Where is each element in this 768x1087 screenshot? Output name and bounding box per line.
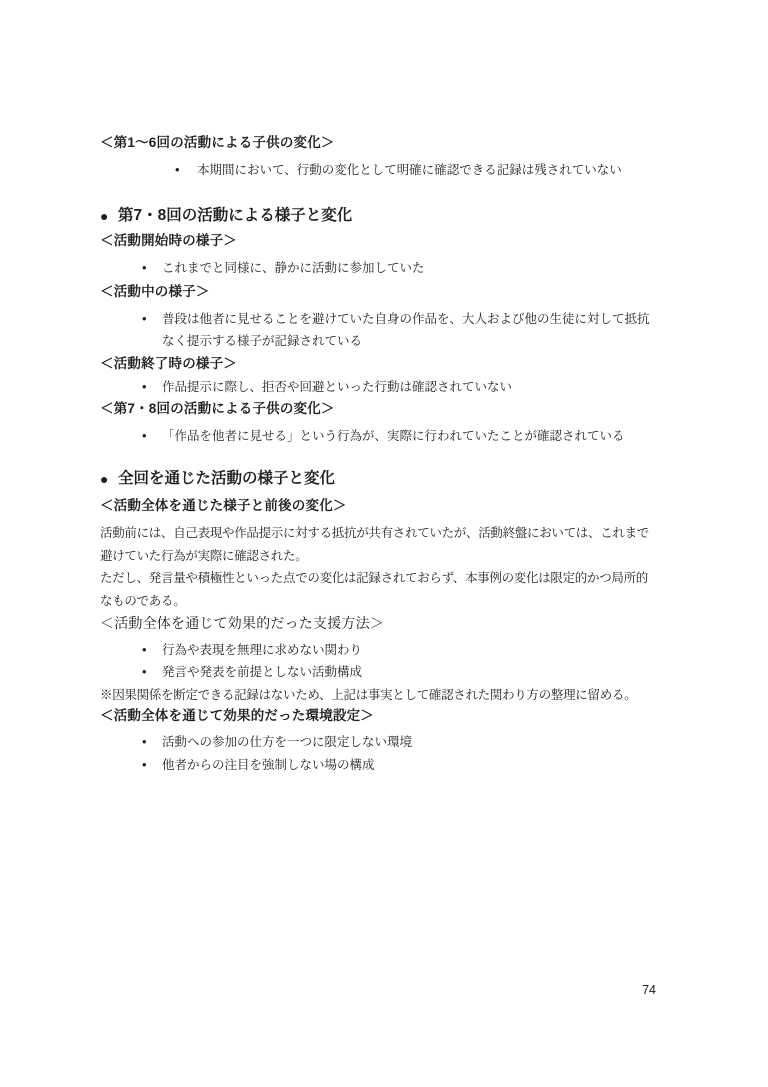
list-item-text: 行為や表現を無理に求めない関わり: [162, 639, 658, 661]
list-item: • 活動への参加の仕方を一つに限定しない環境: [100, 731, 658, 753]
document-content: ＜第1～6回の活動による子供の変化＞ • 本期間において、行動の変化として明確に…: [0, 0, 768, 776]
list-item: • 普段は他者に見せることを避けていた自身の作品を、大人および他の生徒に対して抵…: [100, 308, 658, 353]
list-item-text: 作品提示に際し、拒否や回避といった行動は確認されていない: [162, 376, 658, 398]
list-item: • これまでと同様に、静かに活動に参加していた: [100, 257, 658, 279]
list-item: • 行為や表現を無理に求めない関わり: [100, 639, 658, 661]
paragraph: 活動前には、自己表現や作品提示に対する抵抗が共有されていたが、活動終盤においては…: [100, 522, 658, 567]
heading-activity-end: ＜活動終了時の様子＞: [100, 354, 658, 374]
section-heading-rounds-7-8: ● 第7・8回の活動による様子と変化: [100, 205, 658, 227]
list-item-text: これまでと同様に、静かに活動に参加していた: [162, 257, 658, 279]
heading-change-rounds-7-8: ＜第7・8回の活動による子供の変化＞: [100, 399, 658, 419]
bullet-icon: •: [175, 159, 197, 181]
list-item: • 他者からの注目を強制しない場の構成: [100, 754, 658, 776]
bullet-icon: •: [142, 639, 162, 661]
heading-during-activity: ＜活動中の様子＞: [100, 282, 658, 302]
bullet-icon: •: [142, 257, 162, 279]
heading-overall-change: ＜活動全体を通じた様子と前後の変化＞: [100, 496, 658, 516]
bullet-icon: •: [142, 661, 162, 683]
list-item: • 本期間において、行動の変化として明確に確認できる記録は残されていない: [100, 159, 658, 181]
list-item-text: 発言や発表を前提としない活動構成: [162, 661, 658, 683]
list-item-text: 他者からの注目を強制しない場の構成: [162, 754, 658, 776]
bullet-icon: •: [142, 425, 162, 447]
document-page: ＜第1～6回の活動による子供の変化＞ • 本期間において、行動の変化として明確に…: [0, 0, 768, 1087]
heading-activity-start: ＜活動開始時の様子＞: [100, 231, 658, 251]
bullet-icon: •: [142, 731, 162, 753]
bullet-icon: •: [142, 754, 162, 776]
list-item-text: 本期間において、行動の変化として明確に確認できる記録は残されていない: [197, 159, 658, 181]
list-item: • 作品提示に際し、拒否や回避といった行動は確認されていない: [100, 376, 658, 398]
list-item-text: 「作品を他者に見せる」という行為が、実際に行われていたことが確認されている: [162, 425, 658, 447]
list-item: • 発言や発表を前提としない活動構成: [100, 661, 658, 683]
list-item-text: 普段は他者に見せることを避けていた自身の作品を、大人および他の生徒に対して抵抗な…: [162, 308, 658, 353]
bullet-icon: •: [142, 376, 162, 398]
paragraph: ただし、発言量や積極性といった点での変化は記録されておらず、本事例の変化は限定的…: [100, 567, 658, 612]
note-text: ※因果関係を断定できる記録はないため、上記は事実として確認された関わり方の整理に…: [100, 684, 658, 706]
page-number: 74: [642, 983, 656, 997]
list-item-text: 活動への参加の仕方を一つに限定しない環境: [162, 731, 658, 753]
list-item: • 「作品を他者に見せる」という行為が、実際に行われていたことが確認されている: [100, 425, 658, 447]
heading-change-rounds-1-6: ＜第1～6回の活動による子供の変化＞: [100, 133, 658, 153]
heading-effective-support: ＜活動全体を通じて効果的だった支援方法＞: [100, 613, 658, 634]
heading-effective-environment: ＜活動全体を通じて効果的だった環境設定＞: [100, 706, 658, 726]
bullet-icon: •: [142, 308, 162, 353]
section-heading-text: 全回を通じた活動の様子と変化: [118, 468, 335, 490]
section-dot-icon: ●: [100, 468, 118, 490]
section-heading-all-rounds: ● 全回を通じた活動の様子と変化: [100, 468, 658, 490]
section-heading-text: 第7・8回の活動による様子と変化: [118, 205, 352, 227]
section-dot-icon: ●: [100, 205, 118, 227]
